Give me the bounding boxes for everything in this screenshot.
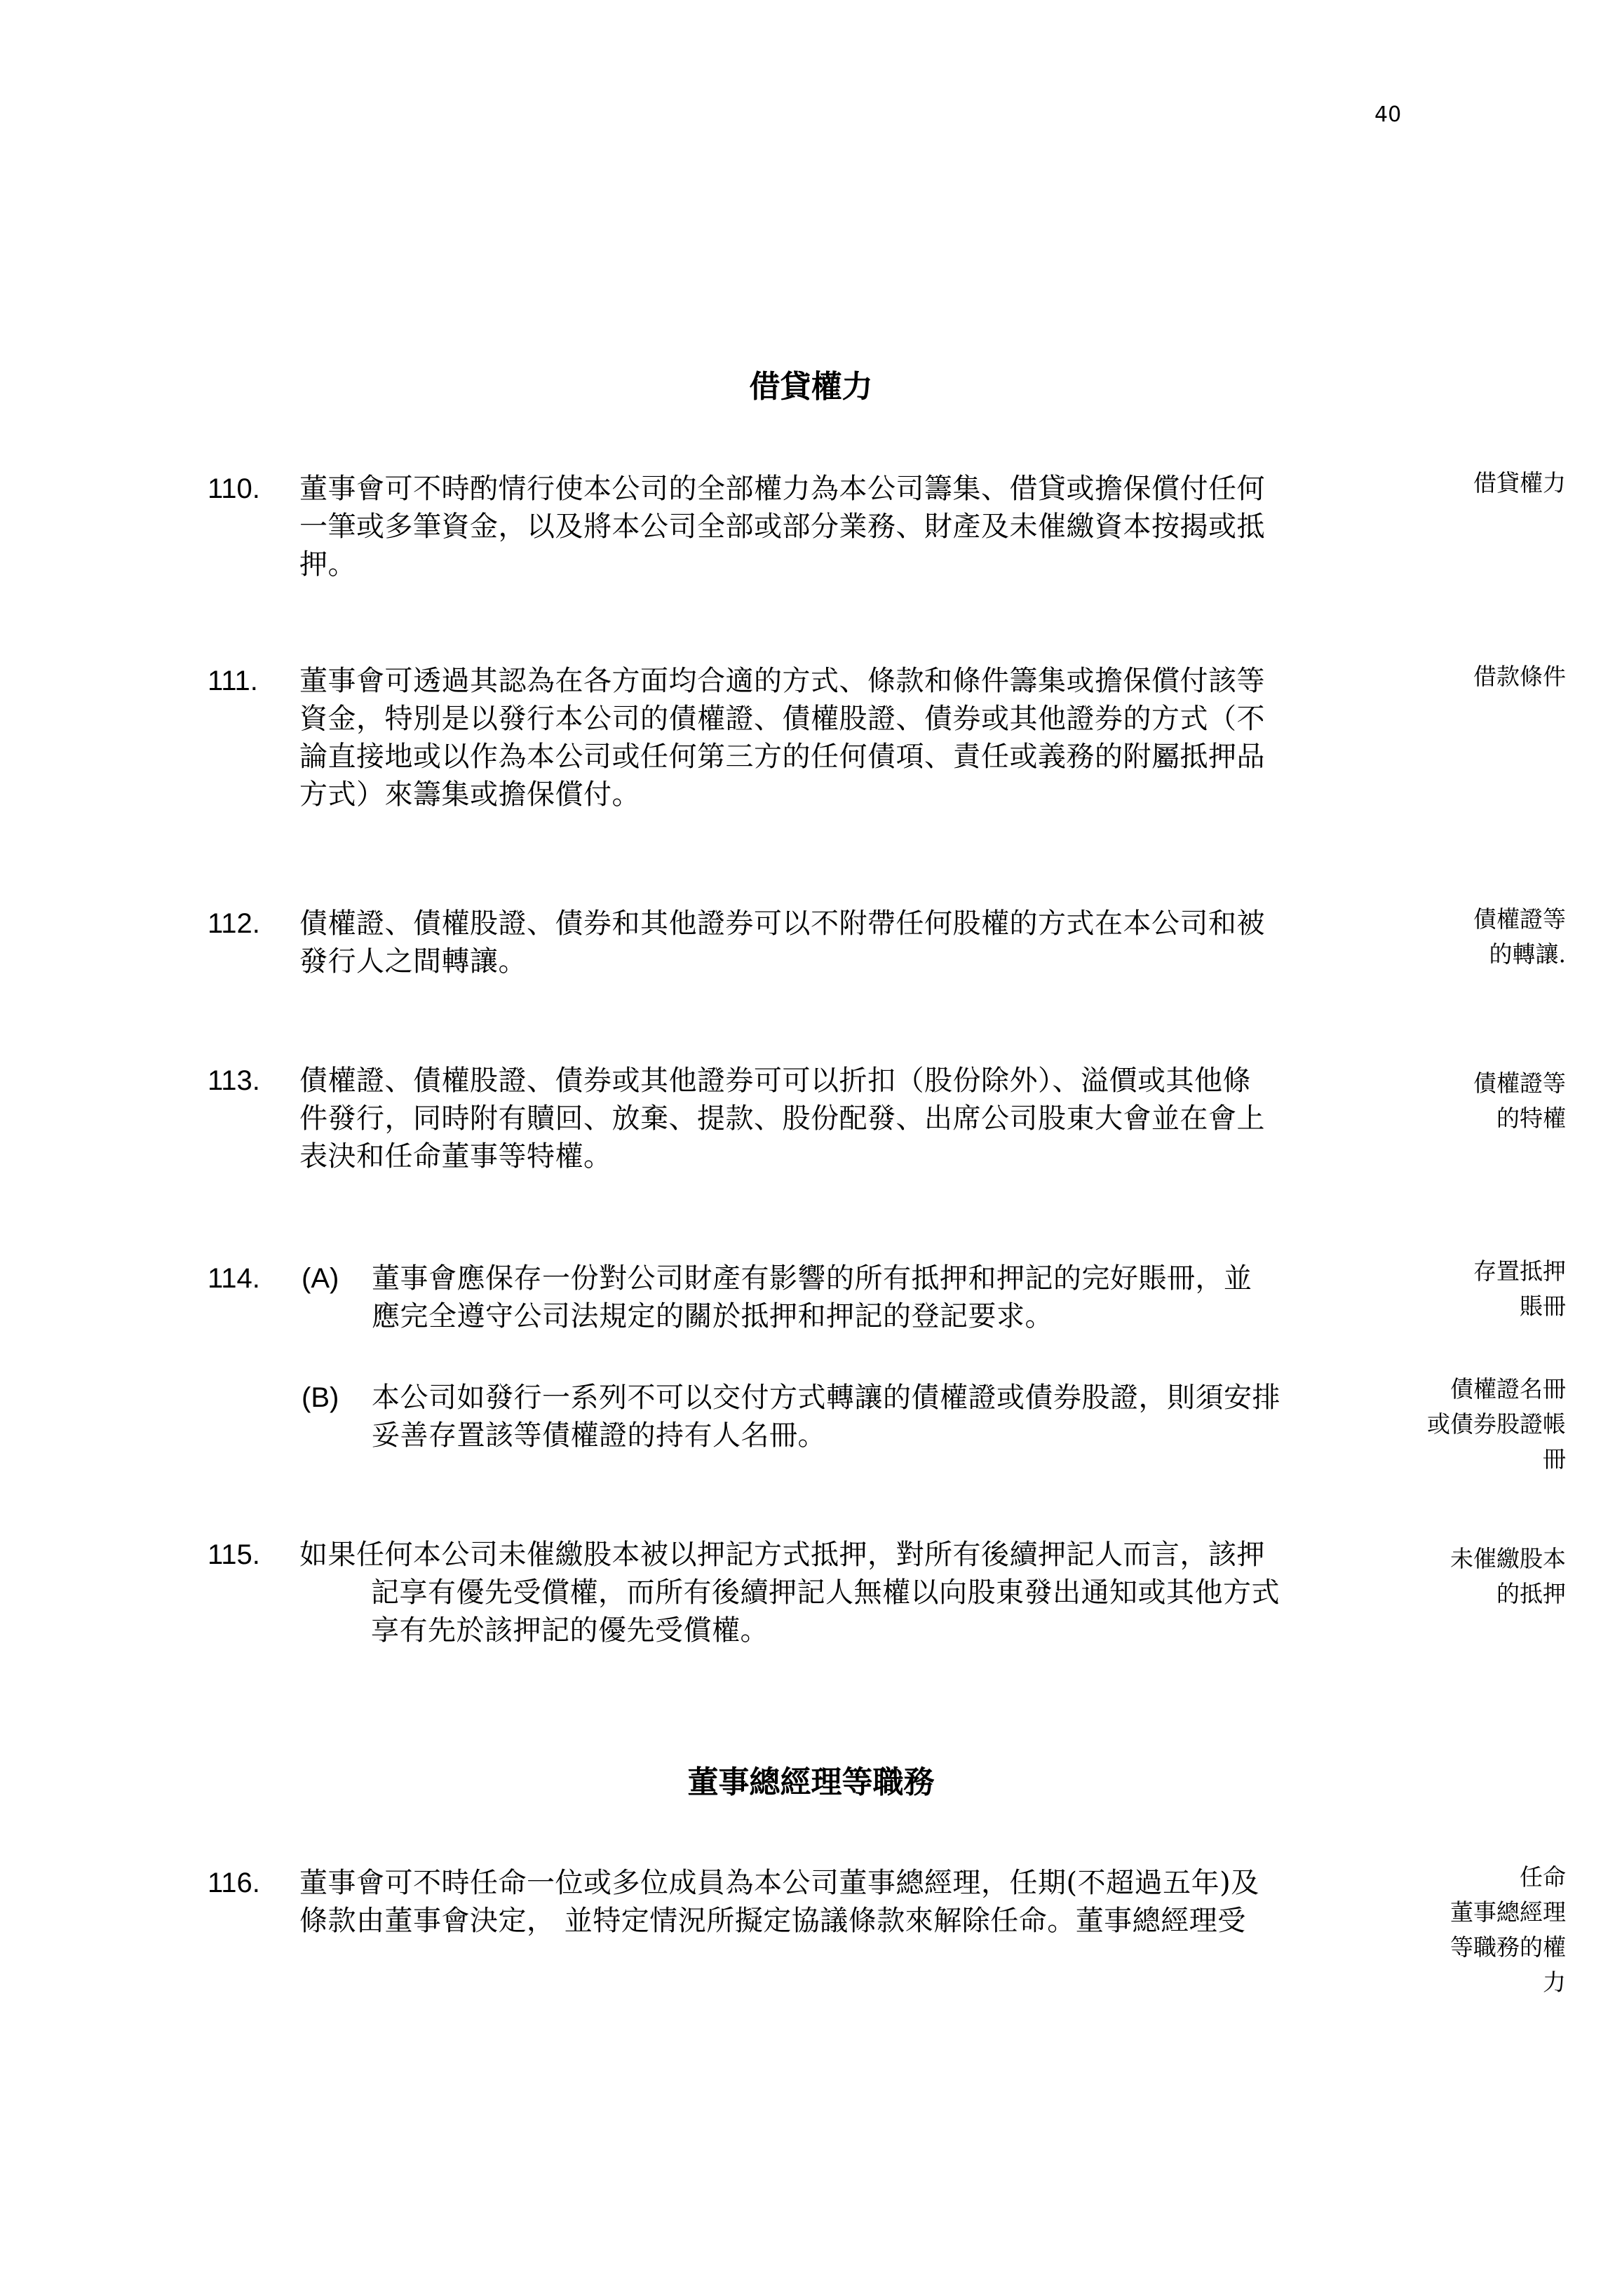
clause-line: 債權證、債權股證、債券和其他證券可以不附帶任何股權的方式在本公司和被 — [299, 905, 1379, 943]
clause-line: 如果任何本公司未催繳股本被以押記方式抵押，對所有後續押記人而言，該押 — [299, 1536, 1379, 1574]
margin-note-112: 債權證等 的轉讓. — [1341, 902, 1566, 972]
margin-note-line: 借貸權力 — [1341, 466, 1566, 501]
clause-line: 發行人之間轉讓。 — [299, 943, 1379, 980]
clause-text: 如果任何本公司未催繳股本被以押記方式抵押，對所有後續押記人而言，該押 記享有優先… — [299, 1536, 1379, 1649]
clause-text: 董事會可不時任命一位或多位成員為本公司董事總經理，任期(不超過五年)及 條款由董… — [299, 1864, 1379, 1940]
margin-note-110: 借貸權力 — [1341, 466, 1566, 501]
clause-number: 116. — [208, 1864, 260, 1902]
clause-number: 111. — [208, 662, 258, 700]
margin-note-line: 的特權 — [1341, 1101, 1566, 1136]
clause-text: 債權證、債權股證、債券或其他證券可可以折扣（股份除外）、溢價或其他條 件發行，同… — [299, 1062, 1379, 1175]
margin-note-line: 董事總經理 — [1341, 1895, 1566, 1930]
clause-line: 妥善存置該等債權證的持有人名冊。 — [372, 1417, 1381, 1454]
margin-note-line: 力 — [1341, 1965, 1566, 2000]
margin-note-114a: 存置抵押 賬冊 — [1341, 1254, 1566, 1324]
margin-note-line: 等職務的權 — [1341, 1930, 1566, 1965]
margin-note-line: 存置抵押 — [1341, 1254, 1566, 1289]
clause-line: 記享有優先受償權，而所有後續押記人無權以向股東發出通知或其他方式 — [299, 1574, 1379, 1612]
clause-text: 債權證、債權股證、債券和其他證券可以不附帶任何股權的方式在本公司和被 發行人之間… — [299, 905, 1379, 980]
clause-number: 115. — [208, 1536, 260, 1574]
margin-note-116: 任命 董事總經理 等職務的權 力 — [1341, 1860, 1566, 2000]
sub-clause-text-b: 本公司如發行一系列不可以交付方式轉讓的債權證或債券股證，則須安排 妥善存置該等債… — [372, 1379, 1381, 1454]
clause-line: 董事會可透過其認為在各方面均合適的方式、條款和條件籌集或擔保償付該等 — [299, 662, 1379, 700]
clause-number: 113. — [208, 1062, 260, 1100]
margin-note-113: 債權證等 的特權 — [1341, 1066, 1566, 1136]
sub-clause-label-a: (A) — [302, 1260, 339, 1297]
clause-line: 件發行，同時附有贖回、放棄、提款、股份配發、出席公司股東大會並在會上 — [299, 1100, 1379, 1137]
page-number: 40 — [1374, 102, 1401, 127]
clause-line: 條款由董事會決定， 並特定情況所擬定協議條款來解除任命。董事總經理受 — [299, 1902, 1379, 1940]
section-heading-managing-directors: 董事總經理等職務 — [0, 1763, 1622, 1802]
sub-clause-label-b: (B) — [302, 1379, 339, 1417]
clause-line: 論直接地或以作為本公司或任何第三方的任何債項、責任或義務的附屬抵押品 — [299, 738, 1379, 776]
clause-line: 董事會可不時酌情行使本公司的全部權力為本公司籌集、借貸或擔保償付任何 — [299, 470, 1379, 508]
clause-number: 110. — [208, 470, 260, 508]
clause-line: 享有先於該押記的優先受償權。 — [299, 1612, 1379, 1649]
clause-line: 應完全遵守公司法規定的關於抵押和押記的登記要求。 — [372, 1297, 1381, 1335]
margin-note-line: 未催繳股本 — [1341, 1541, 1566, 1576]
clause-text: 董事會可透過其認為在各方面均合適的方式、條款和條件籌集或擔保償付該等 資金，特別… — [299, 662, 1379, 813]
margin-note-line: 的轉讓. — [1341, 937, 1566, 972]
clause-number: 114. — [208, 1260, 260, 1297]
clause-line: 資金，特別是以發行本公司的債權證、債權股證、債券或其他證券的方式（不 — [299, 700, 1379, 738]
clause-line: 一筆或多筆資金，以及將本公司全部或部分業務、財產及未催繳資本按揭或抵 — [299, 508, 1379, 546]
margin-note-line: 或債券股證帳 — [1341, 1407, 1566, 1442]
section-heading-borrowing-powers: 借貸權力 — [0, 367, 1622, 407]
clause-line: 債權證、債權股證、債券或其他證券可可以折扣（股份除外）、溢價或其他條 — [299, 1062, 1379, 1100]
clause-line: 董事會應保存一份對公司財產有影響的所有抵押和押記的完好賬冊，並 — [372, 1260, 1381, 1297]
margin-note-line: 債權證等 — [1341, 902, 1566, 937]
margin-note-111: 借款條件 — [1341, 659, 1566, 694]
clause-line: 董事會可不時任命一位或多位成員為本公司董事總經理，任期(不超過五年)及 — [299, 1864, 1379, 1902]
margin-note-line: 的抵押 — [1341, 1576, 1566, 1612]
margin-note-line: 賬冊 — [1341, 1289, 1566, 1324]
clause-number: 112. — [208, 905, 260, 943]
margin-note-line: 任命 — [1341, 1860, 1566, 1895]
margin-note-115: 未催繳股本 的抵押 — [1341, 1541, 1566, 1612]
margin-note-line: 借款條件 — [1341, 659, 1566, 694]
margin-note-line: 債權證名冊 — [1341, 1372, 1566, 1407]
clause-text: 董事會可不時酌情行使本公司的全部權力為本公司籌集、借貸或擔保償付任何 一筆或多筆… — [299, 470, 1379, 583]
margin-note-line: 債權證等 — [1341, 1066, 1566, 1101]
clause-line: 本公司如發行一系列不可以交付方式轉讓的債權證或債券股證，則須安排 — [372, 1379, 1381, 1417]
clause-line: 押。 — [299, 546, 1379, 583]
sub-clause-text-a: 董事會應保存一份對公司財產有影響的所有抵押和押記的完好賬冊，並 應完全遵守公司法… — [372, 1260, 1381, 1335]
clause-line: 方式）來籌集或擔保償付。 — [299, 776, 1379, 813]
margin-note-114b: 債權證名冊 或債券股證帳 冊 — [1341, 1372, 1566, 1477]
clause-line: 表決和任命董事等特權。 — [299, 1137, 1379, 1175]
margin-note-line: 冊 — [1341, 1442, 1566, 1477]
